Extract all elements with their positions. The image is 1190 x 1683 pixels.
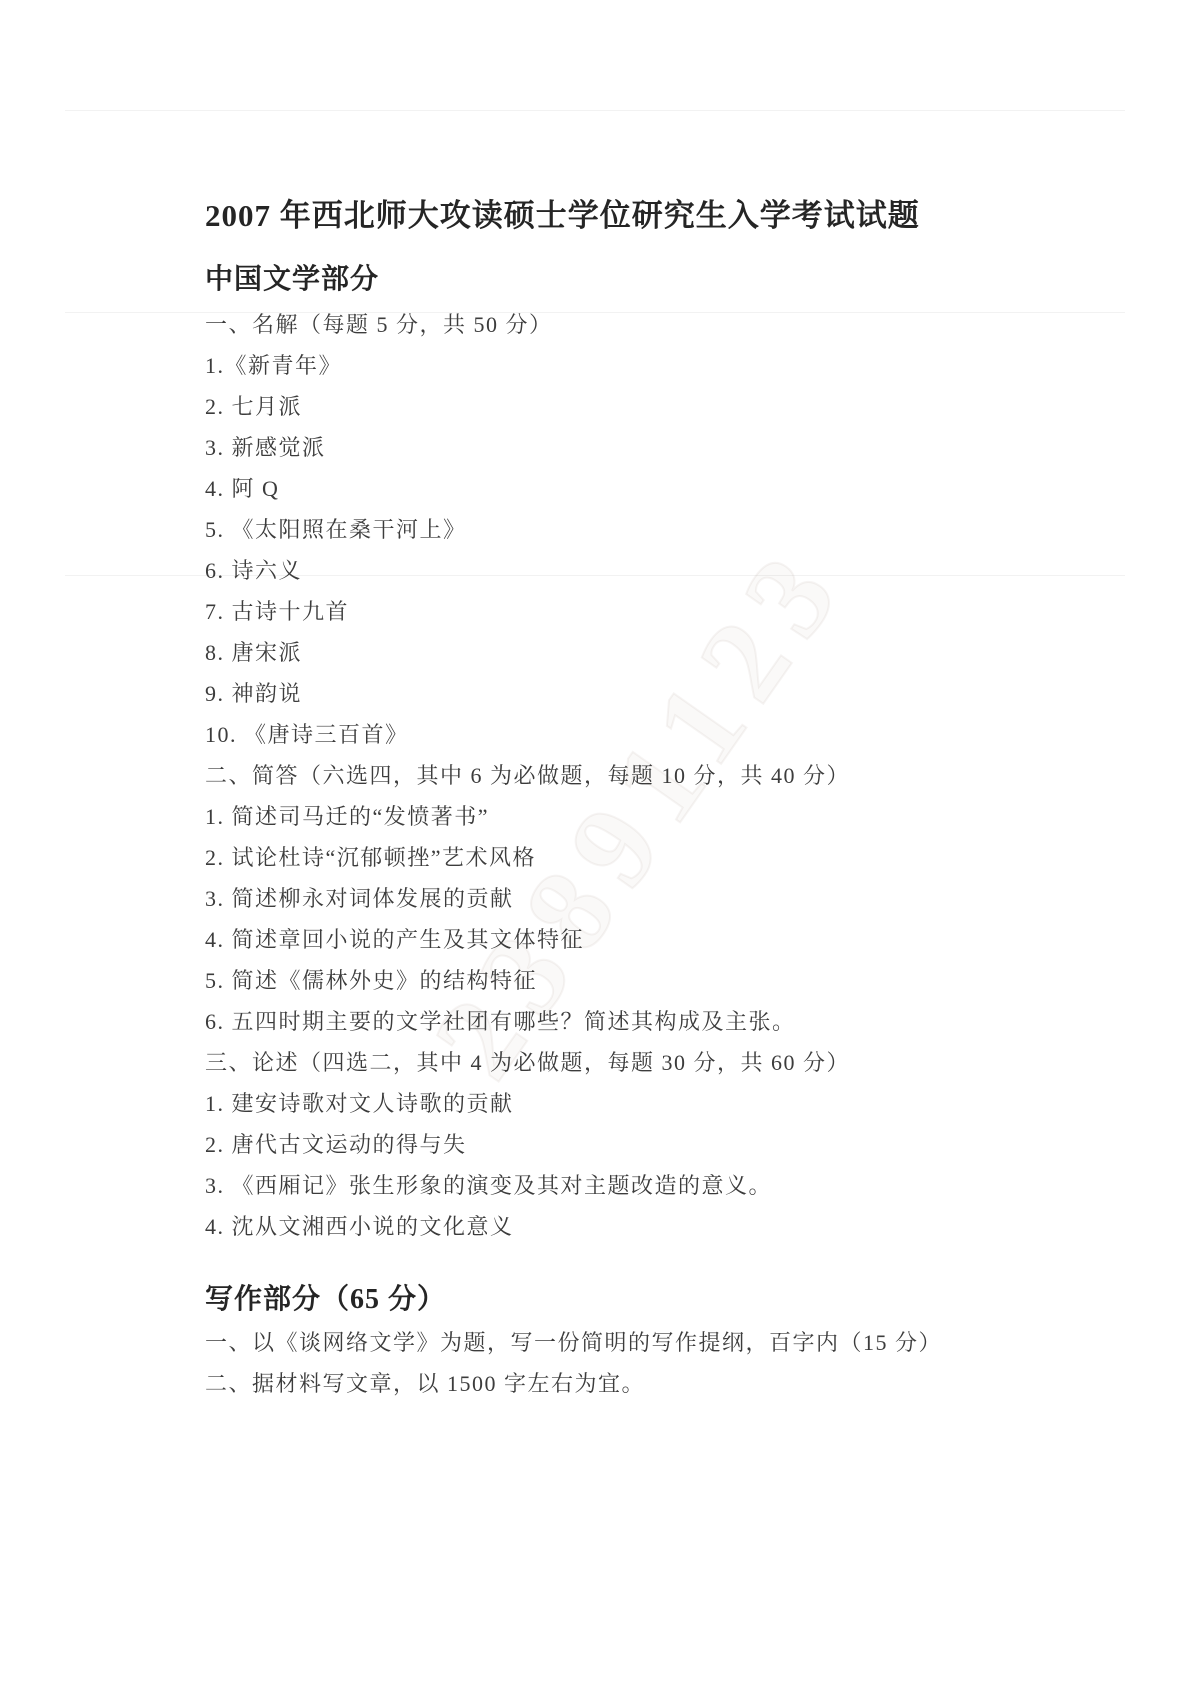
question-item: 3. 《西厢记》张生形象的演变及其对主题改造的意义。: [205, 1175, 1110, 1197]
question-item: 9. 神韵说: [205, 683, 1110, 705]
question-item: 8. 唐宋派: [205, 642, 1110, 664]
question-item: 4. 沈从文湘西小说的文化意义: [205, 1216, 1110, 1238]
document-content: 2007 年西北师大攻读硕士学位研究生入学考试试题 中国文学部分 一、名解（每题…: [0, 0, 1190, 1474]
question-prompt-3: 三、论述（四选二，其中 4 为必做题，每题 30 分，共 60 分）: [205, 1052, 1110, 1074]
writing-task-1: 一、以《谈网络文学》为题，写一份简明的写作提纲，百字内（15 分）: [205, 1332, 1110, 1354]
question-item: 2. 七月派: [205, 396, 1110, 418]
question-item: 5. 《太阳照在桑干河上》: [205, 519, 1110, 541]
question-item: 1.《新青年》: [205, 355, 1110, 377]
exam-paper-page: 23891123 2007 年西北师大攻读硕士学位研究生入学考试试题 中国文学部…: [0, 0, 1190, 1683]
section-heading-chinese-literature: 中国文学部分: [205, 260, 1110, 300]
question-item: 4. 阿 Q: [205, 478, 1110, 500]
question-prompt-2: 二、简答（六选四，其中 6 为必做题，每题 10 分，共 40 分）: [205, 765, 1110, 787]
question-item: 3. 新感觉派: [205, 437, 1110, 459]
question-item: 3. 简述柳永对词体发展的贡献: [205, 888, 1110, 910]
question-item: 1. 建安诗歌对文人诗歌的贡献: [205, 1093, 1110, 1115]
question-item: 6. 五四时期主要的文学社团有哪些？简述其构成及主张。: [205, 1011, 1110, 1033]
question-item: 2. 试论杜诗“沉郁顿挫”艺术风格: [205, 847, 1110, 869]
question-item: 6. 诗六义: [205, 560, 1110, 582]
question-prompt-1: 一、名解（每题 5 分，共 50 分）: [205, 314, 1110, 336]
writing-task-2: 二、据材料写文章，以 1500 字左右为宜。: [205, 1373, 1110, 1395]
question-item: 7. 古诗十九首: [205, 601, 1110, 623]
question-item: 5. 简述《儒林外史》的结构特征: [205, 970, 1110, 992]
question-item: 2. 唐代古文运动的得与失: [205, 1134, 1110, 1156]
question-item: 1. 简述司马迁的“发愤著书”: [205, 806, 1110, 828]
exam-title: 2007 年西北师大攻读硕士学位研究生入学考试试题: [205, 196, 1110, 236]
section-heading-writing: 写作部分（65 分）: [205, 1280, 1110, 1320]
question-item: 10. 《唐诗三百首》: [205, 724, 1110, 746]
question-item: 4. 简述章回小说的产生及其文体特征: [205, 929, 1110, 951]
